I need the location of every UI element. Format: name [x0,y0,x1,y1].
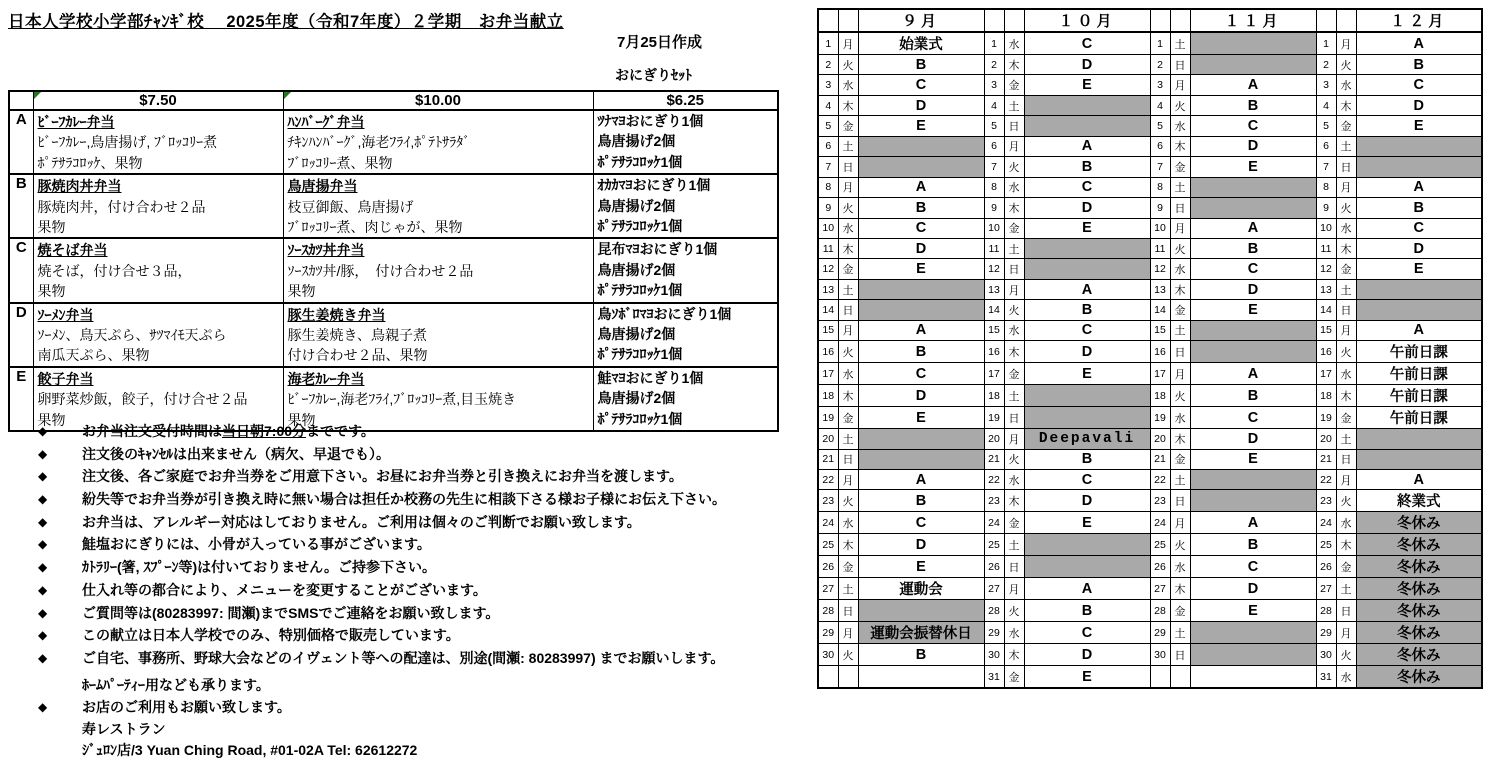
calendar-day-value [1190,666,1316,689]
calendar-day-value [1024,534,1150,556]
menu-row-letter: E [9,367,33,431]
calendar-day-number: 15 [818,320,838,340]
note-text: 紛失等でお弁当券が引き換え時に無い場合は担任か校務の先生に相談下さる様お子様にお… [82,488,726,511]
calendar-day-value: E [1024,75,1150,95]
calendar-weekday: 日 [838,300,858,320]
bento-750-cell: ｿｰﾒﾝ弁当ｿｰﾒﾝ、鳥天ぷら、ｻﾂﾏｲﾓ天ぷら南瓜天ぷら、果物 [33,303,283,367]
calendar-weekday: 水 [1336,512,1356,534]
page-title: 日本人学校小学部ﾁｬﾝｷﾞ校 2025年度（令和7年度）２学期 お弁当献立 [8,8,564,32]
calendar-day-number: 30 [1316,644,1336,666]
calendar-day-value: C [1024,320,1150,340]
calendar-row: 25木D25土25火B25木冬休み [818,534,1482,556]
calendar-day-number: 28 [818,600,838,622]
calendar-weekday: 日 [838,600,858,622]
calendar-day-number: 28 [1316,600,1336,622]
menu-row-C: C焼そば弁当焼そば，付け合せ３品，果物ｿｰｽｶﾂ丼弁当ｿｰｽｶﾂ丼/豚， 付け合… [9,238,778,302]
calendar-day-number: 22 [1316,470,1336,490]
calendar-day-number: 4 [818,95,838,115]
footer-shop-note-text: お店のご利用もお願い致します。 [82,696,291,719]
menu-row-letter: D [9,303,33,367]
calendar-day-number: 25 [1150,534,1170,556]
calendar-header-spacer [818,9,838,32]
calendar-weekday: 木 [1170,136,1190,156]
calendar-weekday: 水 [1170,556,1190,578]
calendar-day-value [1356,300,1482,320]
calendar-weekday: 日 [1004,259,1024,279]
calendar-weekday: 土 [1004,95,1024,115]
calendar-weekday: 火 [1336,55,1356,75]
onigiri-line: 鳥唐揚げ2個 [594,260,778,280]
calendar-weekday: 月 [838,622,858,644]
calendar-row: 27土運動会27月A27木D27土冬休み [818,578,1482,600]
calendar-row: 9火B9木D9日9火B [818,198,1482,218]
calendar-day-number: 17 [1150,363,1170,385]
calendar-day-number: 18 [1316,385,1336,407]
calendar-day-number: 4 [1316,95,1336,115]
calendar-row: 4木D4土4火B4木D [818,95,1482,115]
calendar-day-value: 午前日課 [1356,363,1482,385]
calendar-day-number: 30 [1150,644,1170,666]
note-item: ◆仕入れ等の都合により、メニューを変更することがございます。 [38,579,726,602]
bento-title: ｿｰﾒﾝ弁当 [34,304,283,325]
bento-line: 果物 [34,217,283,237]
calendar-day-value: E [858,407,984,429]
onigiri-line: ﾎﾟﾃｻﾗｺﾛｯｹ1個 [594,280,778,300]
bento-1000-cell: 鳥唐揚弁当枝豆御飯、鳥唐揚げﾌﾞﾛｯｺﾘｰ煮、肉じゃが、果物 [283,174,593,238]
calendar-weekday: 土 [1336,279,1356,299]
calendar-header-spacer [1004,9,1024,32]
calendar-day-value [858,279,984,299]
note-text: お弁当は、アレルギー対応はしておりません。ご利用は個々のご判断でお願い致します。 [82,511,641,534]
note-item: ◆注文後、各ご家庭でお弁当券をご用意下さい。お昼にお弁当券と引き換えにお弁当を渡… [38,465,726,488]
note-text: 鮭塩おにぎりには、小骨が入っている事がございます。 [82,533,431,556]
calendar-day-number: 12 [1316,259,1336,279]
calendar-day-number: 1 [984,32,1004,55]
calendar-day-value [1024,385,1150,407]
calendar-day-number: 26 [984,556,1004,578]
calendar-day-value [1024,238,1150,258]
calendar-day-number: 21 [984,449,1004,469]
calendar-weekday: 木 [838,385,858,407]
onigiri-line: 昆布ﾏﾖおにぎり1個 [594,239,778,259]
calendar-row: 11木D11土11火B11木D [818,238,1482,258]
onigiri-line: 鳥唐揚げ2個 [594,196,778,216]
diamond-bullet-icon: ◆ [38,488,82,511]
bento-title: 海老ｶﾚｰ弁当 [284,368,593,389]
calendar-row: 17水C17金E17月A17水午前日課 [818,363,1482,385]
onigiri-line: ﾂﾅﾏﾖおにぎり1個 [594,111,778,131]
bento-line: 南瓜天ぷら、果物 [34,345,283,365]
calendar-header-spacer [984,9,1004,32]
calendar-weekday: 木 [1336,95,1356,115]
menu-header-corner-cell [9,91,33,110]
calendar-weekday: 火 [1170,95,1190,115]
calendar-weekday: 火 [1336,490,1356,512]
calendar-row: 16火B16木D16日16火午前日課 [818,341,1482,363]
calendar-day-value: C [1190,116,1316,136]
calendar-weekday: 火 [838,490,858,512]
calendar-day-value: D [1190,136,1316,156]
calendar-weekday: 火 [838,198,858,218]
calendar-day-value: B [858,341,984,363]
menu-row-letter: C [9,238,33,302]
calendar-day-number: 9 [984,198,1004,218]
bento-menu-document: { "title": "日本人学校小学部ﾁｬﾝｷﾞ校 2025年度（令和7年度）… [0,0,1500,764]
calendar-weekday: 水 [1004,470,1024,490]
calendar-weekday: 火 [1004,300,1024,320]
calendar-weekday: 土 [1336,578,1356,600]
calendar-day-value: B [858,198,984,218]
calendar-day-number: 27 [1150,578,1170,600]
calendar-day-value: 冬休み [1356,666,1482,689]
calendar-day-value: B [1024,600,1150,622]
calendar-day-value: C [1190,556,1316,578]
calendar-weekday: 木 [1170,279,1190,299]
calendar-day-number: 18 [1150,385,1170,407]
calendar-weekday: 日 [1336,157,1356,177]
calendar-day-number: 10 [1150,218,1170,238]
bento-1000-cell: ﾊﾝﾊﾞｰｸﾞ弁当ﾁｷﾝﾊﾝﾊﾞｰｸﾞ,海老ﾌﾗｲ,ﾎﾟﾃﾄｻﾗﾀﾞﾌﾞﾛｯｺﾘ… [283,110,593,174]
calendar-weekday: 土 [1004,238,1024,258]
bento-line: 付け合わせ２品、果物 [284,345,593,365]
calendar-day-number: 31 [984,666,1004,689]
calendar-weekday: 金 [1336,259,1356,279]
calendar-day-value: C [858,218,984,238]
notes-list: ◆お弁当注文受付時間は当日朝7:00分までです。◆注文後のｷｬﾝｾﾙは出来ません… [38,420,726,670]
calendar-weekday: 土 [1170,622,1190,644]
calendar-header-spacer [1336,9,1356,32]
menu-row-letter: B [9,174,33,238]
calendar-day-number: 6 [1316,136,1336,156]
menu-header-row: $7.50 $10.00 $6.25 [9,91,778,110]
calendar-weekday: 月 [838,470,858,490]
calendar-weekday: 日 [1004,407,1024,429]
calendar-weekday: 月 [1170,363,1190,385]
calendar-day-value: D [1024,55,1150,75]
calendar-day-value: 冬休み [1356,644,1482,666]
calendar-day-number: 7 [1316,157,1336,177]
bento-line: ﾌﾞﾛｯｺﾘｰ煮、肉じゃが、果物 [284,217,593,237]
calendar-weekday: 水 [1336,218,1356,238]
calendar-header-row: ９月１０月１１月１２月 [818,9,1482,32]
calendar-day-number: 5 [1150,116,1170,136]
calendar-weekday: 木 [1170,578,1190,600]
calendar-weekday: 木 [1004,198,1024,218]
onigiri-line: 鳥唐揚げ2個 [594,388,778,408]
calendar-day-value: A [1190,512,1316,534]
calendar-weekday: 火 [1336,644,1356,666]
calendar-header-spacer [838,9,858,32]
calendar-weekday: 木 [1336,534,1356,556]
calendar-day-number: 11 [1316,238,1336,258]
calendar-weekday: 金 [1170,157,1190,177]
calendar-weekday: 土 [1336,429,1356,449]
calendar-weekday: 日 [1004,556,1024,578]
calendar-weekday: 火 [838,341,858,363]
calendar-day-number: 30 [818,644,838,666]
calendar-row: 23火B23木D23日23火終業式 [818,490,1482,512]
onigiri-set-cell: 昆布ﾏﾖおにぎり1個鳥唐揚げ2個ﾎﾟﾃｻﾗｺﾛｯｹ1個 [593,238,778,302]
note-text: お弁当注文受付時間は当日朝7:00分までです。 [82,420,375,443]
calendar-day-value [1190,32,1316,55]
calendar-day-value [1190,198,1316,218]
calendar-row: 22月A22水C22土22月A [818,470,1482,490]
calendar-day-number: 26 [1316,556,1336,578]
calendar-day-number: 27 [984,578,1004,600]
calendar-day-value: D [1024,490,1150,512]
calendar-day-number: 20 [818,429,838,449]
calendar-weekday: 金 [1004,218,1024,238]
calendar-day-value: E [1356,259,1482,279]
calendar-day-number: 9 [818,198,838,218]
bento-line: 果物 [284,281,593,301]
footer-shop-note: ◆ お店のご利用もお願い致します。 [38,696,726,719]
calendar-day-value: 運動会振替休日 [858,622,984,644]
note-text: ｶﾄﾗﾘｰ(箸, ｽﾌﾟｰﾝ等)は付いておりません。ご持参下さい。 [82,556,436,579]
calendar-weekday: 日 [1170,341,1190,363]
calendar-row: 28日28火B28金E28日冬休み [818,600,1482,622]
calendar-weekday: 木 [1336,385,1356,407]
calendar-day-value: 運動会 [858,578,984,600]
calendar-weekday: 火 [1336,341,1356,363]
calendar-day-value: E [858,259,984,279]
bento-line: 枝豆御飯、鳥唐揚げ [284,197,593,217]
bento-title: 豚生姜焼き弁当 [284,304,593,325]
calendar-weekday: 水 [838,218,858,238]
calendar-weekday: 木 [1336,238,1356,258]
calendar-row: 12金E12日12水C12金E [818,259,1482,279]
calendar-weekday: 水 [1336,363,1356,385]
price-1000-header: $10.00 [283,91,593,110]
calendar-weekday: 月 [838,32,858,55]
calendar-row: 15月A15水C15土15月A [818,320,1482,340]
calendar-day-number: 27 [1316,578,1336,600]
calendar-day-value: D [1190,578,1316,600]
bento-750-cell: 豚焼肉丼弁当豚焼肉丼，付け合わせ２品果物 [33,174,283,238]
calendar-row: 29月運動会振替休日29水C29土29月冬休み [818,622,1482,644]
calendar-row: 10水C10金E10月A10水C [818,218,1482,238]
calendar-day-number: 25 [984,534,1004,556]
calendar-day-number: 11 [1150,238,1170,258]
calendar-day-number: 26 [818,556,838,578]
calendar-weekday: 金 [1336,407,1356,429]
calendar-weekday: 金 [838,556,858,578]
calendar-row: 2火B2木D2日2火B [818,55,1482,75]
calendar-row: 13土13月A13木D13土 [818,279,1482,299]
calendar-weekday: 水 [1170,116,1190,136]
calendar-row: 19金E19日19水C19金午前日課 [818,407,1482,429]
calendar-weekday: 月 [1336,32,1356,55]
created-date: 7月25日作成 [617,31,702,52]
diamond-bullet-icon: ◆ [38,696,82,719]
menu-row-D: Dｿｰﾒﾝ弁当ｿｰﾒﾝ、鳥天ぷら、ｻﾂﾏｲﾓ天ぷら南瓜天ぷら、果物豚生姜焼き弁当… [9,303,778,367]
calendar-day-number: 7 [818,157,838,177]
calendar-day-value [1356,429,1482,449]
calendar-day-value: 冬休み [1356,622,1482,644]
calendar-weekday [838,666,858,689]
calendar-day-value: B [1190,238,1316,258]
calendar-day-number: 11 [818,238,838,258]
bento-line: ﾋﾞｰﾌｶﾚｰ,海老ﾌﾗｲ,ﾌﾞﾛｯｺﾘｰ煮,目玉焼き [284,389,593,409]
month-header: ９月 [858,9,984,32]
calendar-day-value [858,157,984,177]
calendar-day-value: 冬休み [1356,578,1482,600]
calendar-day-number: 14 [818,300,838,320]
calendar-day-number: 19 [1316,407,1336,429]
calendar-weekday: 月 [1336,470,1356,490]
diamond-bullet-icon: ◆ [38,556,82,579]
calendar-day-value: B [1024,157,1150,177]
diamond-bullet-icon: ◆ [38,465,82,488]
calendar-weekday: 金 [1004,75,1024,95]
calendar-row: 1月始業式1水C1土1月A [818,32,1482,55]
month-header: １２月 [1356,9,1482,32]
calendar-day-number: 29 [1150,622,1170,644]
calendar-weekday: 水 [1170,407,1190,429]
calendar-day-value: E [1356,116,1482,136]
calendar-weekday: 火 [1004,157,1024,177]
note-underlined-text: 当日朝7:00分 [222,423,306,439]
calendar-day-number: 15 [1150,320,1170,340]
calendar-day-value: A [1356,177,1482,197]
calendar-day-value: C [1024,32,1150,55]
bento-title: ﾋﾞｰﾌｶﾚｰ弁当 [34,111,283,132]
calendar-day-value [858,300,984,320]
calendar-day-value: E [1190,600,1316,622]
calendar-day-value [1190,341,1316,363]
note-text: ご自宅、事務所、野球大会などのイヴェント等への配達は、別途(間瀬: 802839… [82,647,724,670]
note-item: ◆お弁当注文受付時間は当日朝7:00分までです。 [38,420,726,443]
calendar-weekday: 日 [1170,198,1190,218]
calendar-day-value: B [858,55,984,75]
onigiri-set-cell: ｵｶｶﾏﾖおにぎり1個鳥唐揚げ2個ﾎﾟﾃｻﾗｺﾛｯｹ1個 [593,174,778,238]
calendar-day-number: 22 [1150,470,1170,490]
calendar-day-value: A [1356,32,1482,55]
bento-750-cell: ﾋﾞｰﾌｶﾚｰ弁当ﾋﾞｰﾌｶﾚｰ,鳥唐揚げ, ﾌﾞﾛｯｺﾘｰ煮ﾎﾟﾃｻﾗｺﾛｯｹ… [33,110,283,174]
diamond-bullet-icon: ◆ [38,443,82,466]
calendar-weekday: 月 [1336,177,1356,197]
calendar-day-value: D [1024,198,1150,218]
calendar-weekday: 木 [838,534,858,556]
calendar-day-number: 10 [1316,218,1336,238]
calendar-day-value: A [1190,363,1316,385]
calendar-weekday: 金 [1170,449,1190,469]
calendar-row: 30火B30木D30日30火冬休み [818,644,1482,666]
calendar-weekday: 水 [838,363,858,385]
calendar-day-value [1190,644,1316,666]
calendar-day-number: 20 [984,429,1004,449]
calendar-row: 31金E31水冬休み [818,666,1482,689]
calendar-weekday: 土 [838,136,858,156]
calendar-row: 20土20月Deepavali20木D20土 [818,429,1482,449]
calendar-day-number: 1 [1316,32,1336,55]
calendar-day-value: E [1190,300,1316,320]
calendar-day-number: 8 [984,177,1004,197]
calendar-day-value: D [858,95,984,115]
calendar-day-number: 23 [984,490,1004,512]
bento-line: 焼そば，付け合せ３品， [34,261,283,281]
bento-title: ｿｰｽｶﾂ丼弁当 [284,239,593,260]
calendar-day-number: 25 [818,534,838,556]
note-text: 注文後、各ご家庭でお弁当券をご用意下さい。お昼にお弁当券と引き換えにお弁当を渡し… [82,465,683,488]
calendar-weekday: 日 [1336,449,1356,469]
price-625-header: $6.25 [593,91,778,110]
calendar-weekday: 土 [838,578,858,600]
calendar-day-value: B [1190,534,1316,556]
calendar-day-value [1190,622,1316,644]
calendar-weekday: 土 [1170,32,1190,55]
calendar-day-value: E [858,116,984,136]
month-header: １１月 [1190,9,1316,32]
calendar-header-spacer [1316,9,1336,32]
calendar-day-number: 18 [818,385,838,407]
calendar-weekday: 金 [1170,600,1190,622]
calendar-day-number: 29 [984,622,1004,644]
calendar-day-number [818,666,838,689]
calendar-weekday: 水 [838,512,858,534]
calendar-day-value: 午前日課 [1356,407,1482,429]
calendar-day-number: 19 [984,407,1004,429]
calendar-day-number: 13 [984,279,1004,299]
calendar-day-number: 13 [1150,279,1170,299]
calendar-day-value [1190,177,1316,197]
calendar-weekday: 月 [1004,279,1024,299]
onigiri-line: ﾎﾟﾃｻﾗｺﾛｯｹ1個 [594,216,778,236]
calendar-weekday: 月 [1170,218,1190,238]
calendar-day-number: 21 [818,449,838,469]
calendar-day-value: C [1190,259,1316,279]
calendar-weekday: 日 [1336,600,1356,622]
calendar-weekday: 土 [1170,320,1190,340]
calendar-day-value [1024,95,1150,115]
calendar-day-value: E [1024,363,1150,385]
calendar-day-number: 6 [984,136,1004,156]
calendar-day-number: 12 [1150,259,1170,279]
calendar-day-number: 3 [818,75,838,95]
calendar-weekday: 金 [1004,363,1024,385]
price-750-header: $7.50 [33,91,283,110]
calendar-weekday: 水 [1004,320,1024,340]
note-text: 仕入れ等の都合により、メニューを変更することがございます。 [82,579,487,602]
calendar-day-value: A [1356,320,1482,340]
bento-title: ﾊﾝﾊﾞｰｸﾞ弁当 [284,111,593,132]
calendar-day-number: 20 [1150,429,1170,449]
calendar-day-value: 終業式 [1356,490,1482,512]
calendar-weekday: 日 [1004,116,1024,136]
calendar-weekday: 金 [838,116,858,136]
calendar-day-number: 17 [1316,363,1336,385]
note-item: ◆ｶﾄﾗﾘｰ(箸, ｽﾌﾟｰﾝ等)は付いておりません。ご持参下さい。 [38,556,726,579]
calendar-weekday: 火 [1004,600,1024,622]
footer-home-party: ﾎｰﾑﾊﾟｰﾃｨｰ用なども承ります。 [82,675,726,697]
calendar-day-number: 9 [1150,198,1170,218]
calendar-weekday: 土 [1004,385,1024,407]
calendar-day-number: 19 [818,407,838,429]
calendar-day-number: 21 [1150,449,1170,469]
calendar-weekday: 月 [1004,429,1024,449]
calendar-weekday: 土 [838,279,858,299]
calendar-weekday: 木 [1004,341,1024,363]
diamond-bullet-icon: ◆ [38,624,82,647]
calendar-day-value: E [858,556,984,578]
calendar-day-number: 25 [1316,534,1336,556]
calendar-day-number: 8 [1150,177,1170,197]
calendar-weekday: 土 [1170,470,1190,490]
calendar-day-number: 23 [1150,490,1170,512]
calendar-weekday: 水 [1170,259,1190,279]
calendar-day-value: A [1190,75,1316,95]
calendar-row: 6土6月A6木D6土 [818,136,1482,156]
